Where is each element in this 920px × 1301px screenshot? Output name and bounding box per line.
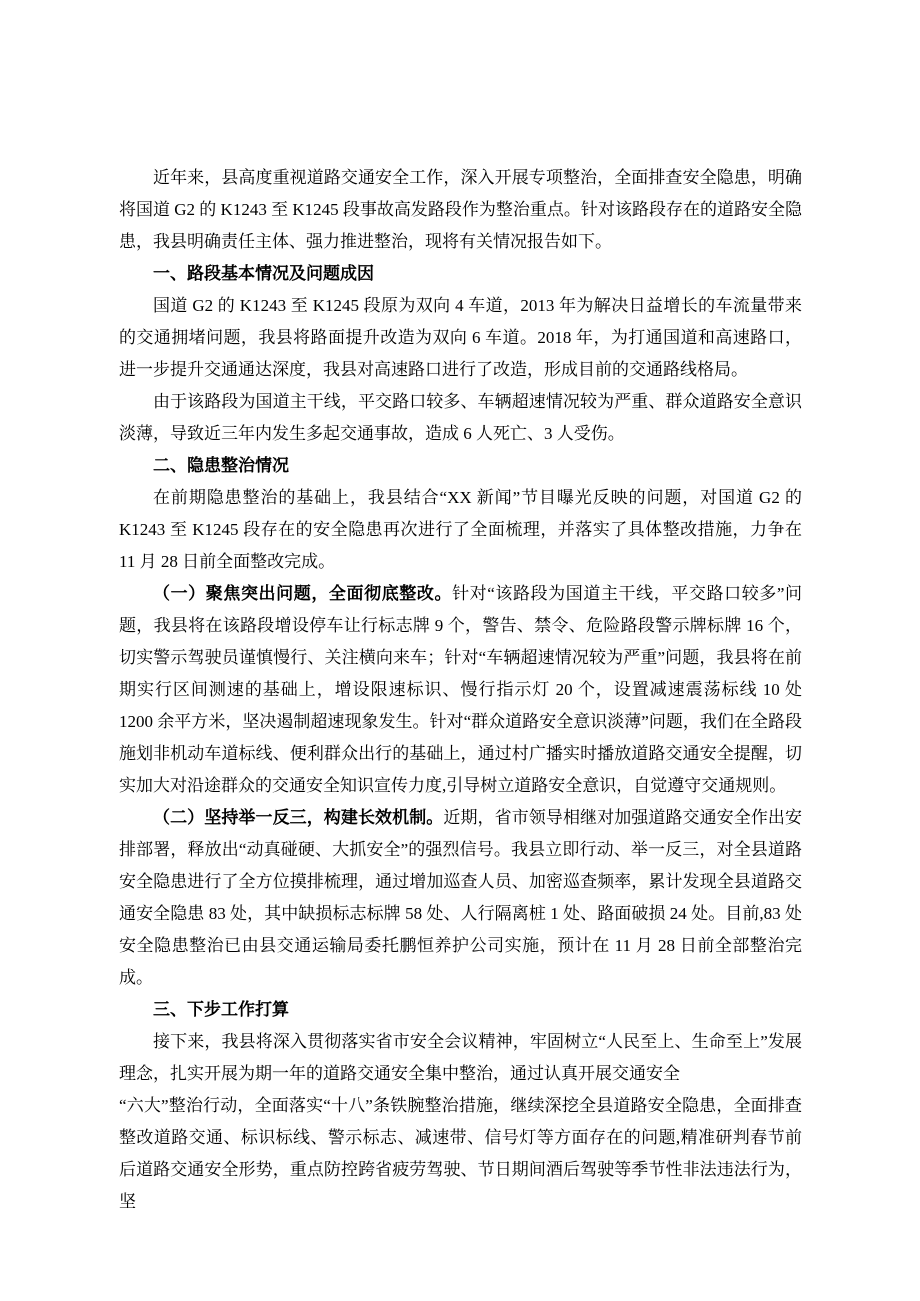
document-text-block: 近年来，县高度重视道路交通安全工作，深入开展专项整治，全面排查安全隐患，明确将国… <box>119 162 802 1218</box>
paragraph-problem-causes: 由于该路段为国道主干线，平交路口较多、车辆超速情况较为严重、群众道路安全意识淡薄… <box>119 386 802 450</box>
paragraph-road-overview: 国道 G2 的 K1243 至 K1245 段原为双向 4 车道，2013 年为… <box>119 290 802 386</box>
measure-2-bold-lead: （二）坚持举一反三，构建长效机制。 <box>153 808 443 827</box>
paragraph-measure-2: （二）坚持举一反三，构建长效机制。近期，省市领导相继对加强道路交通安全作出安排部… <box>119 802 802 994</box>
paragraph-next-steps: 接下来，我县将深入贯彻落实省市安全会议精神，牢固树立“人民至上、生命至上”发展理… <box>119 1026 802 1090</box>
paragraph-rectification-overview: 在前期隐患整治的基础上，我县结合“XX 新闻”节目曝光反映的问题，对国道 G2 … <box>119 482 802 578</box>
document-page: 近年来，县高度重视道路交通安全工作，深入开展专项整治，全面排查安全隐患，明确将国… <box>0 0 920 1301</box>
measure-1-body-text: 针对“该路段为国道主干线，平交路口较多”问题，我县将在该路段增设停车让行标志牌 … <box>119 584 802 795</box>
paragraph-six-actions: “六大”整治行动，全面落实“十八”条铁腕整治措施，继续深挖全县道路安全隐患，全面… <box>119 1090 802 1218</box>
measure-1-bold-lead: （一）聚焦突出问题，全面彻底整改。 <box>153 584 452 603</box>
measure-2-body-text: 近期，省市领导相继对加强道路交通安全作出安排部署，释放出“动真碰硬、大抓安全”的… <box>119 808 802 987</box>
section-3-heading: 三、下步工作打算 <box>119 994 802 1026</box>
paragraph-measure-1: （一）聚焦突出问题，全面彻底整改。针对“该路段为国道主干线，平交路口较多”问题，… <box>119 578 802 802</box>
section-2-heading: 二、隐患整治情况 <box>119 450 802 482</box>
paragraph-intro: 近年来，县高度重视道路交通安全工作，深入开展专项整治，全面排查安全隐患，明确将国… <box>119 162 802 258</box>
section-1-heading: 一、路段基本情况及问题成因 <box>119 258 802 290</box>
